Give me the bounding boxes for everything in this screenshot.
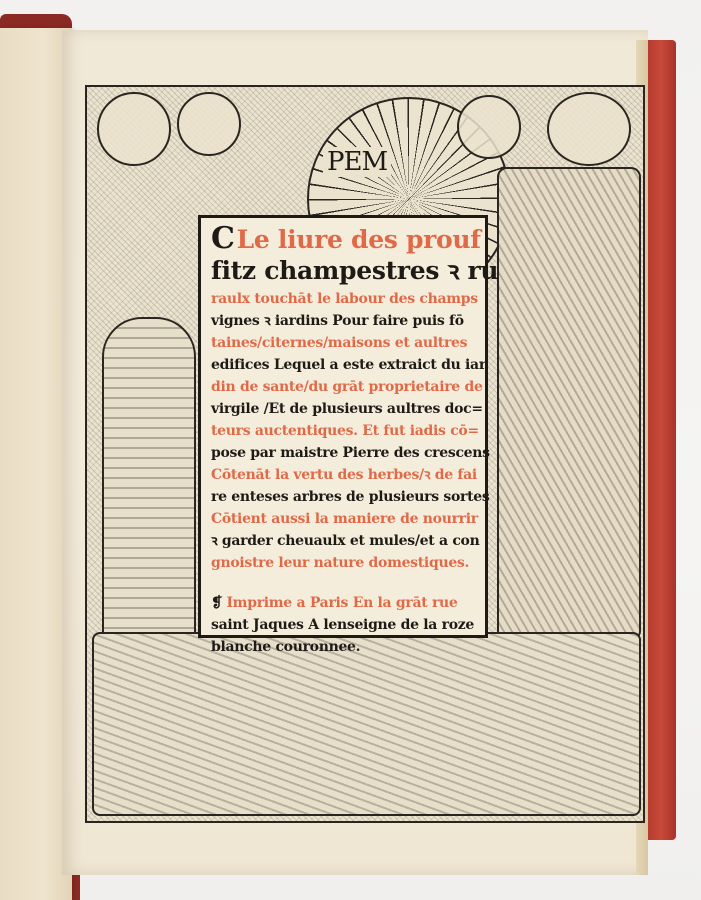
title-line-3: raulx touchāt le labour des champs — [211, 292, 475, 314]
pilcrow-icon: ❡ — [211, 595, 222, 611]
cloud-illustration — [547, 92, 631, 166]
crowd-soldiers-illustration — [497, 167, 641, 641]
title-line-5: taines/citernes/maisons et aultres — [211, 336, 475, 358]
cherub-illustration — [457, 95, 521, 159]
title-line-1: CLe liure des prouf — [211, 224, 475, 258]
book-cover-spine-edge — [646, 40, 676, 840]
imprint-line-3: blanche couronnee. — [211, 640, 475, 662]
initial-letter: C — [211, 221, 235, 256]
title-line-11: Cōtenāt la vertu des herbes/ꝛ de fai — [211, 468, 475, 490]
title-line-10: pose par maistre Pierre des crescens — [211, 446, 475, 468]
title-line-14: ꝛ garder cheuaulx et mules/et a con — [211, 534, 475, 556]
title-line-13: Cōtient aussi la maniere de nourrir — [211, 512, 475, 534]
cherub-illustration — [97, 92, 171, 166]
title-line-8: virgile /Et de plusieurs aultres doc= — [211, 402, 475, 424]
title-line-4: vignes ꝛ iardins Pour faire puis fō — [211, 314, 475, 336]
title-line-15: gnoistre leur nature domestiques. — [211, 556, 475, 578]
title-line-9: teurs auctentiques. Et fut iadis cō= — [211, 424, 475, 446]
printer-monogram: PEM — [323, 147, 391, 177]
imprint-line-1: ❡Imprime a Paris En la grāt rue — [211, 596, 475, 618]
cherub-illustration — [177, 92, 241, 156]
title-line-7: din de sante/du grāt proprietaire de — [211, 380, 475, 402]
title-line-2: fitz champestres ꝛ ru — [211, 258, 475, 292]
imprint-line-2: saint Jaques A lenseigne de la roze — [211, 618, 475, 640]
title-line-6: edifices Lequel a este extraict du iar — [211, 358, 475, 380]
title-line-12: re enteses arbres de plusieurs sortes — [211, 490, 475, 512]
title-text-block: CLe liure des prouf fitz champestres ꝛ r… — [198, 215, 488, 638]
